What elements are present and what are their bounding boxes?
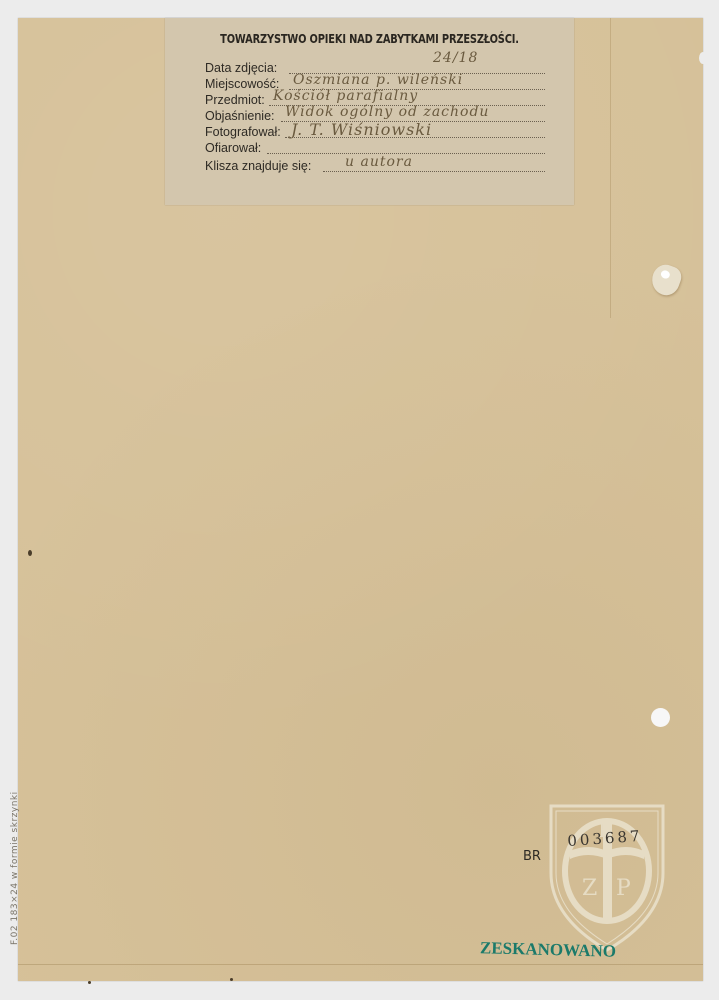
field-value-handwritten: Widok ogólny od zachodu (285, 104, 489, 120)
field-photographer: Fotografował: J. T. Wiśniowski (205, 124, 545, 140)
ink-speck (88, 981, 91, 984)
paper-crease-horizontal (18, 964, 703, 965)
dotted-line (323, 170, 545, 172)
field-value-handwritten: Kościół parafialny (273, 88, 418, 104)
scanned-stamp: ZESKANOWANO (480, 938, 617, 962)
tzp-monogram-shield-icon: Z P P (548, 803, 666, 953)
field-label: Klisza znajduje się: (205, 158, 311, 174)
field-value-handwritten: u autora (345, 154, 413, 170)
society-label-card: TOWARZYSTWO OPIEKI NAD ZABYTKAMI PRZESZŁ… (165, 18, 574, 205)
field-value-handwritten: 24/18 (433, 50, 478, 66)
punch-hole (651, 708, 670, 727)
field-value-handwritten: Oszmiana p. wileński (293, 72, 463, 88)
field-label: Ofiarował: (205, 140, 261, 156)
field-label: Data zdjęcia: (205, 60, 277, 76)
field-label: Miejscowość: (205, 76, 279, 92)
paper-crease-vertical (610, 18, 611, 318)
ink-speck (230, 978, 233, 981)
edge-notch (699, 52, 707, 64)
svg-text:Z: Z (582, 876, 597, 901)
br-label: BR (523, 849, 541, 864)
field-label: Przedmiot: (205, 92, 265, 108)
ink-speck (28, 550, 32, 556)
margin-pencil-note: F.02 183×24 w formie skrzynki (10, 791, 20, 945)
field-label: Fotografował: (205, 124, 281, 140)
field-label: Objaśnienie: (205, 108, 275, 124)
field-value-handwritten: J. T. Wiśniowski (291, 122, 432, 138)
field-negative-location: Klisza znajduje się: u autora (205, 158, 545, 174)
card-title: TOWARZYSTWO OPIEKI NAD ZABYTKAMI PRZESZŁ… (202, 32, 537, 46)
svg-text:P: P (616, 876, 631, 901)
